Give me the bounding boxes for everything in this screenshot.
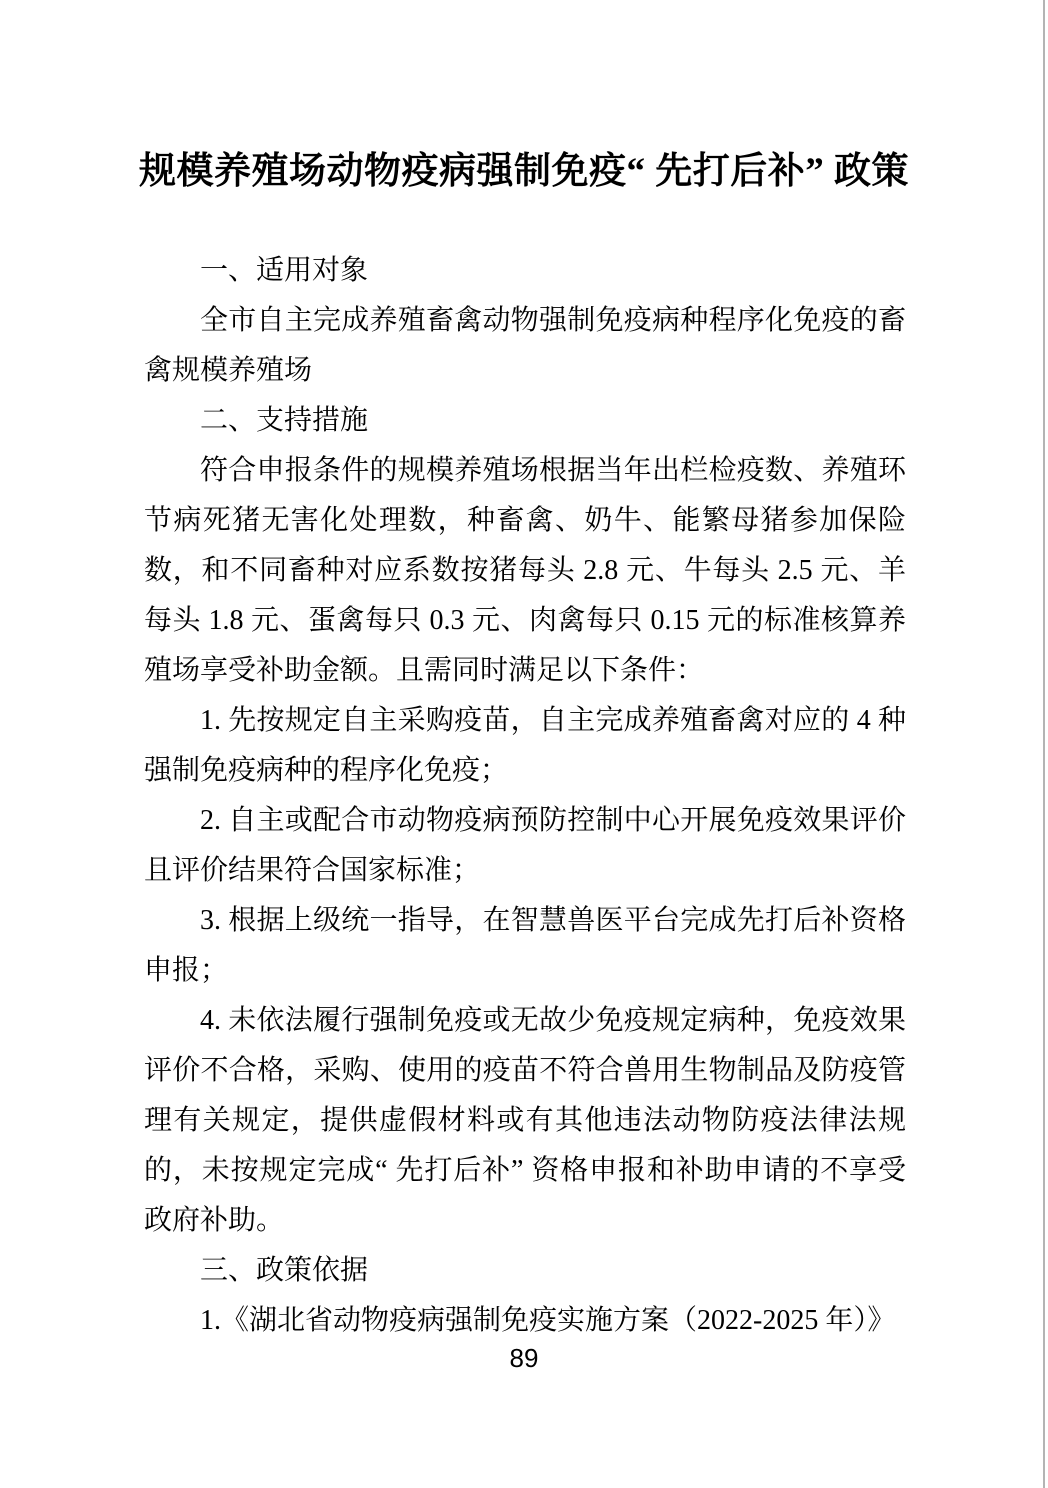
page-number: 89 — [0, 1338, 1048, 1378]
body-paragraph: 3. 根据上级统一指导，在智慧兽医平台完成先打后补资格申报； — [144, 896, 906, 996]
document-body: 一、适用对象全市自主完成养殖畜禽动物强制免疫病种程序化免疫的畜禽规模养殖场二、支… — [144, 246, 906, 1346]
body-paragraph: 符合申报条件的规模养殖场根据当年出栏检疫数、养殖环节病死猪无害化处理数，种畜禽、… — [144, 446, 906, 696]
body-paragraph: 1. 先按规定自主采购疫苗，自主完成养殖畜禽对应的 4 种强制免疫病种的程序化免… — [144, 696, 906, 796]
body-paragraph: 4. 未依法履行强制免疫或无故少免疫规定病种，免疫效果评价不合格，采购、使用的疫… — [144, 996, 906, 1246]
body-paragraph: 全市自主完成养殖畜禽动物强制免疫病种程序化免疫的畜禽规模养殖场 — [144, 296, 906, 396]
scan-border-line — [1043, 0, 1045, 1488]
document-page: 规模养殖场动物疫病强制免疫“ 先打后补” 政策 一、适用对象全市自主完成养殖畜禽… — [0, 0, 1048, 1488]
section-heading: 三、政策依据 — [144, 1246, 906, 1296]
body-paragraph: 2. 自主或配合市动物疫病预防控制中心开展免疫效果评价且评价结果符合国家标准； — [144, 796, 906, 896]
document-title: 规模养殖场动物疫病强制免疫“ 先打后补” 政策 — [0, 146, 1048, 198]
section-heading: 二、支持措施 — [144, 396, 906, 446]
section-heading: 一、适用对象 — [144, 246, 906, 296]
